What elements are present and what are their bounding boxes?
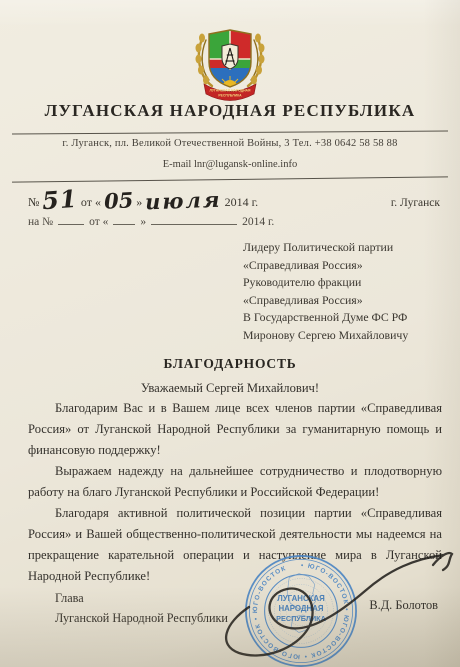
header-divider-bottom: [12, 176, 448, 182]
ribbon-text-line2: РЕСПУБЛИКА: [218, 94, 242, 98]
header-divider-top: [12, 130, 448, 134]
address-line: г. Луганск, пл. Великой Отечественной Во…: [0, 138, 460, 149]
reference-row: № 51 от « 05 » июля 2014 г. г. Луганск: [28, 183, 440, 212]
reply-year-suffix: 2014 г.: [242, 216, 274, 228]
salutation: Уважаемый Сергей Михайлович!: [0, 381, 460, 396]
handwritten-month: июля: [145, 187, 222, 215]
city-label: г. Луганск: [391, 197, 440, 209]
reply-reference-row: на № от « » 2014 г.: [28, 213, 274, 228]
year-suffix: 2014 г.: [225, 195, 259, 210]
reply-prefix: на №: [28, 216, 53, 228]
signer-position-line2: Луганской Народной Республики: [55, 608, 228, 628]
reference-number-group: № 51 от « 05 » июля 2014 г.: [28, 183, 391, 212]
recipient-line: Лидеру Политической партии: [243, 239, 448, 257]
ribbon-text-line1: ЛУГАНСКАЯ НАРОДНАЯ: [210, 89, 251, 93]
paragraph: Выражаем надежду на дальнейшее сотруднич…: [28, 461, 442, 503]
recipient-line: «Справедливая Россия»: [243, 257, 448, 275]
blank-month-line: [151, 213, 237, 225]
quote-close: »: [136, 195, 142, 210]
handwritten-number: 51: [42, 184, 79, 215]
recipient-line: Руководителю фракции: [243, 274, 448, 292]
derrick-escutcheon-icon: [222, 44, 238, 69]
coat-of-arms: ЛУГАНСКАЯ НАРОДНАЯ РЕСПУБЛИКА: [182, 24, 278, 104]
recipient-block: Лидеру Политической партии «Справедливая…: [243, 239, 448, 345]
recipient-line: Миронову Сергею Михайловичу: [243, 327, 448, 345]
recipient-line: В Государственной Думе ФС РФ: [243, 309, 448, 327]
blank-number-line: [58, 213, 84, 225]
handwritten-signature: [205, 545, 457, 667]
reply-quote-close: »: [140, 216, 146, 228]
number-prefix: №: [28, 195, 39, 210]
email-line: E-mail lnr@lugansk-online.info: [0, 159, 460, 170]
signer-position-line1: Глава: [55, 588, 228, 608]
blank-day-line: [113, 213, 135, 225]
recipient-line: «Справедливая Россия»: [243, 292, 448, 310]
handwritten-day: 05: [103, 187, 134, 213]
signer-position: Глава Луганской Народной Республики: [55, 588, 228, 628]
paragraph: Благодарим Вас и в Вашем лице всех члено…: [28, 398, 442, 461]
from-label: от «: [81, 195, 101, 210]
republic-title: ЛУГАНСКАЯ НАРОДНАЯ РЕСПУБЛИКА: [0, 101, 460, 121]
scanned-letter-page: { "letterhead": { "republic_title": "ЛУГ…: [0, 0, 460, 667]
document-title: БЛАГОДАРНОСТЬ: [0, 356, 460, 372]
reply-from-label: от «: [89, 216, 108, 228]
